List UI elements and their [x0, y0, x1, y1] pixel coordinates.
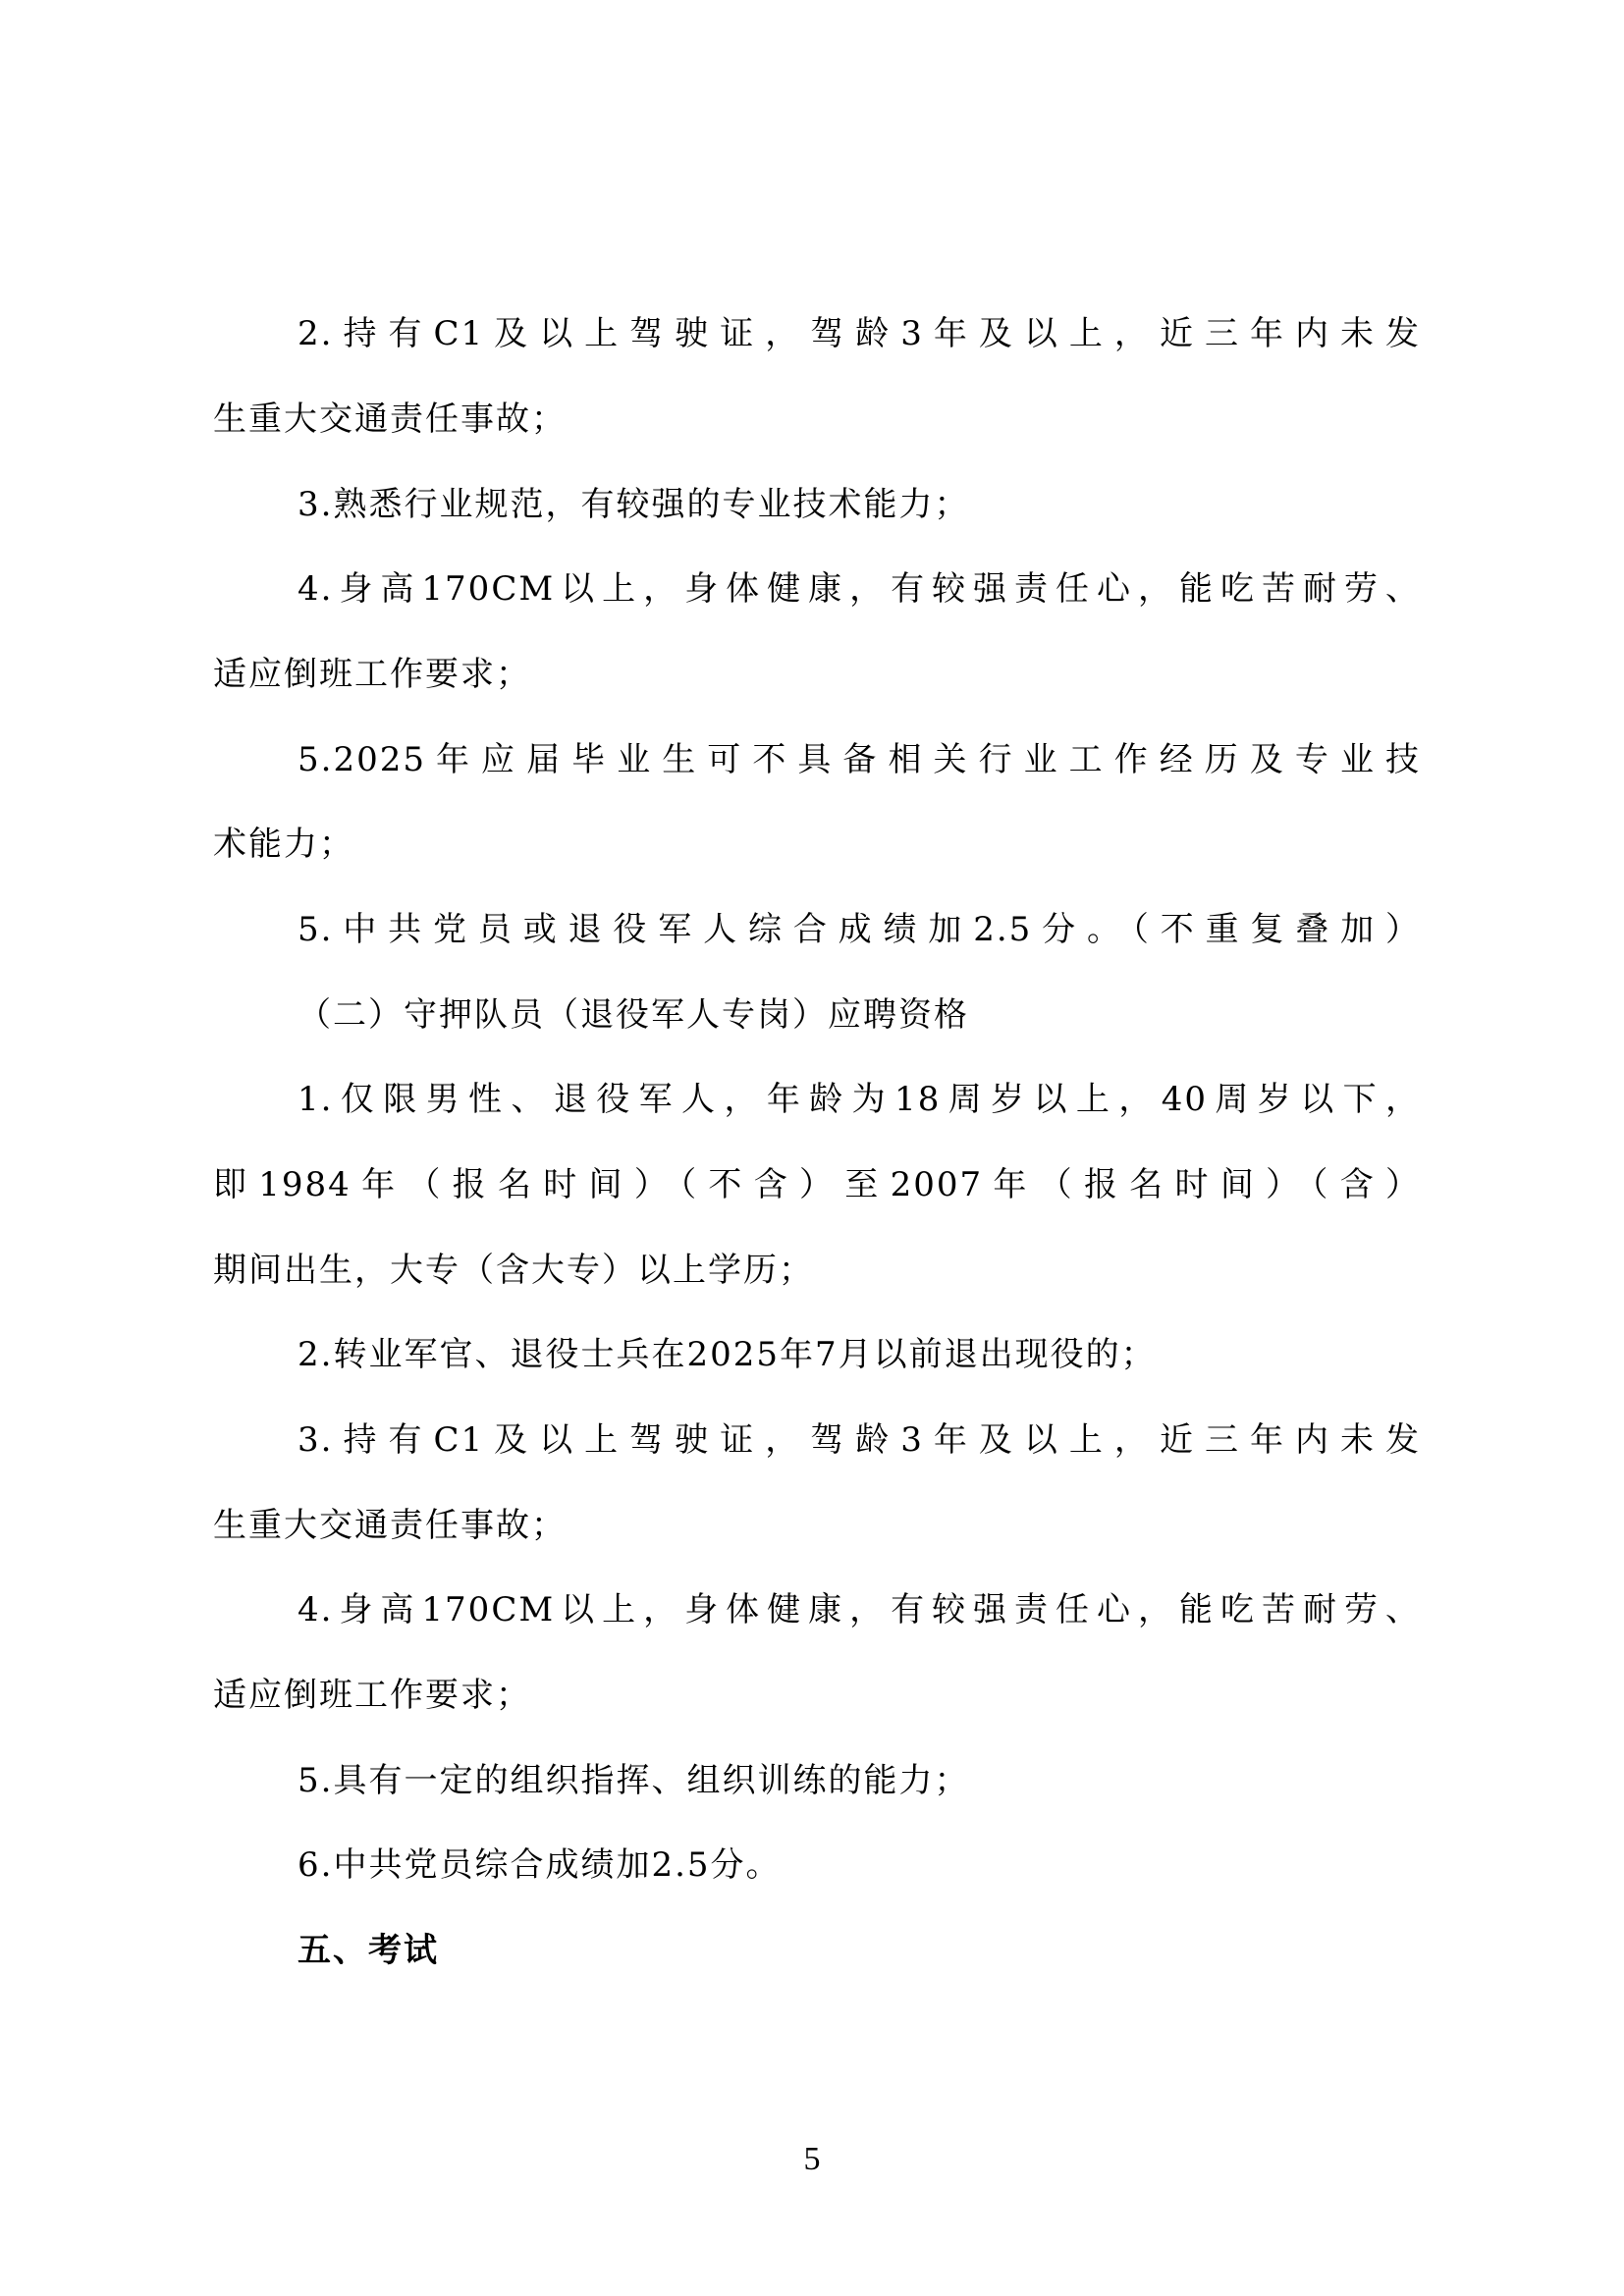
requirement-line: 2.持有C1及以上驾驶证，驾龄3年及以上，近三年内未发	[298, 304, 1421, 363]
section-heading: 五、考试	[298, 1921, 1421, 1980]
requirement-line-continuation: 即1984年（报名时间）（不含）至2007年（报名时间）（含）	[213, 1155, 1421, 1214]
requirement-line-continuation: 适应倒班工作要求；	[213, 645, 1421, 704]
requirement-line: 5.2025年应届毕业生可不具备相关行业工作经历及专业技	[298, 730, 1421, 789]
requirement-line: 6.中共党员综合成绩加2.5分。	[298, 1836, 1421, 1895]
requirement-line-continuation: 适应倒班工作要求；	[213, 1666, 1421, 1725]
requirement-line-continuation: 术能力；	[213, 815, 1421, 874]
requirement-line: 2.转业军官、退役士兵在2025年7月以前退出现役的；	[298, 1325, 1421, 1384]
requirement-line-continuation: 生重大交通责任事故；	[213, 1496, 1421, 1555]
section-subheading: （二）守押队员（退役军人专岗）应聘资格	[298, 986, 1421, 1044]
requirement-line: 3.熟悉行业规范，有较强的专业技术能力；	[298, 475, 1421, 534]
requirement-line: 3.持有C1及以上驾驶证，驾龄3年及以上，近三年内未发	[298, 1411, 1421, 1469]
requirement-line: 4.身高170CM以上，身体健康，有较强责任心，能吃苦耐劳、	[298, 1580, 1421, 1639]
requirement-line: 5.中共党员或退役军人综合成绩加2.5分。（不重复叠加）	[298, 900, 1421, 959]
requirement-line-continuation: 期间出生，大专（含大专）以上学历；	[213, 1241, 1421, 1300]
requirement-line: 4.身高170CM以上，身体健康，有较强责任心，能吃苦耐劳、	[298, 560, 1421, 618]
page-number: 5	[785, 2140, 839, 2179]
requirement-line: 5.具有一定的组织指挥、组织训练的能力；	[298, 1751, 1421, 1810]
document-page: 2.持有C1及以上驾驶证，驾龄3年及以上，近三年内未发 生重大交通责任事故； 3…	[0, 0, 1624, 2296]
requirement-line: 1.仅限男性、退役军人，年龄为18周岁以上，40周岁以下，	[298, 1070, 1421, 1129]
requirement-line-continuation: 生重大交通责任事故；	[213, 390, 1421, 449]
